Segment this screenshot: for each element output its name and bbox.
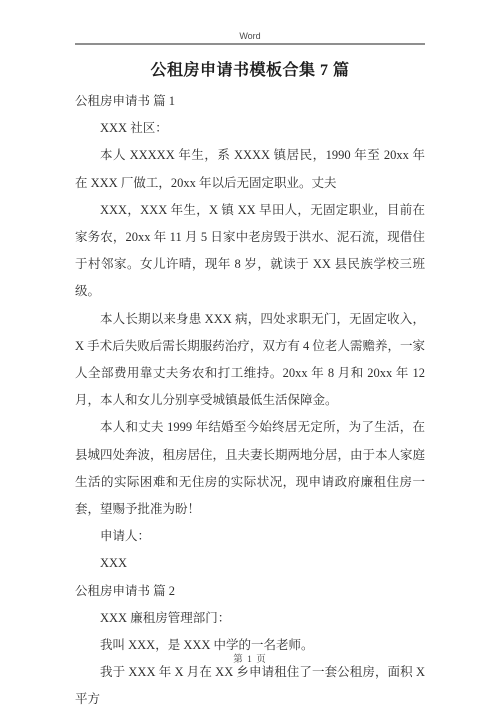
page-footer: 第 1 页 <box>0 651 500 665</box>
salutation-line: XXX 社区： <box>75 115 425 142</box>
applicant-label-line: 申请人： <box>75 523 425 550</box>
paragraph: XXX，XXX 年生，X 镇 XX 早田人，无固定职业，目前在家务农，20xx … <box>75 197 425 306</box>
header-divider <box>75 43 425 45</box>
document-title: 公租房申请书模板合集 7 篇 <box>75 58 425 84</box>
page-header: Word <box>75 0 425 45</box>
paragraph: 本人 XXXXX 年生，系 XXXX 镇居民，1990 年至 20xx 年在 X… <box>75 142 425 196</box>
document-page: Word 公租房申请书模板合集 7 篇 公租房申请书 篇 1 XXX 社区： 本… <box>0 0 500 707</box>
section-heading: 公租房申请书 篇 2 <box>75 578 425 605</box>
paragraph: 我于 XXX 年 X 月在 XX 乡申请租住了一套公租房，面积 X 平方 <box>75 659 425 707</box>
page-number: 第 1 页 <box>233 655 267 665</box>
document-content: 公租房申请书模板合集 7 篇 公租房申请书 篇 1 XXX 社区： 本人 XXX… <box>75 58 425 707</box>
salutation-line: XXX 廉租房管理部门： <box>75 605 425 632</box>
header-app-label: Word <box>75 0 425 42</box>
paragraph: 本人和丈夫 1999 年结婚至今始终居无定所，为了生活，在县城四处奔波，租房居住… <box>75 414 425 523</box>
section-heading: 公租房申请书 篇 1 <box>75 88 425 115</box>
paragraph: 本人长期以来身患 XXX 病，四处求职无门，无固定收入，X 手术后失败后需长期服… <box>75 306 425 415</box>
applicant-name-line: XXX <box>75 550 425 577</box>
